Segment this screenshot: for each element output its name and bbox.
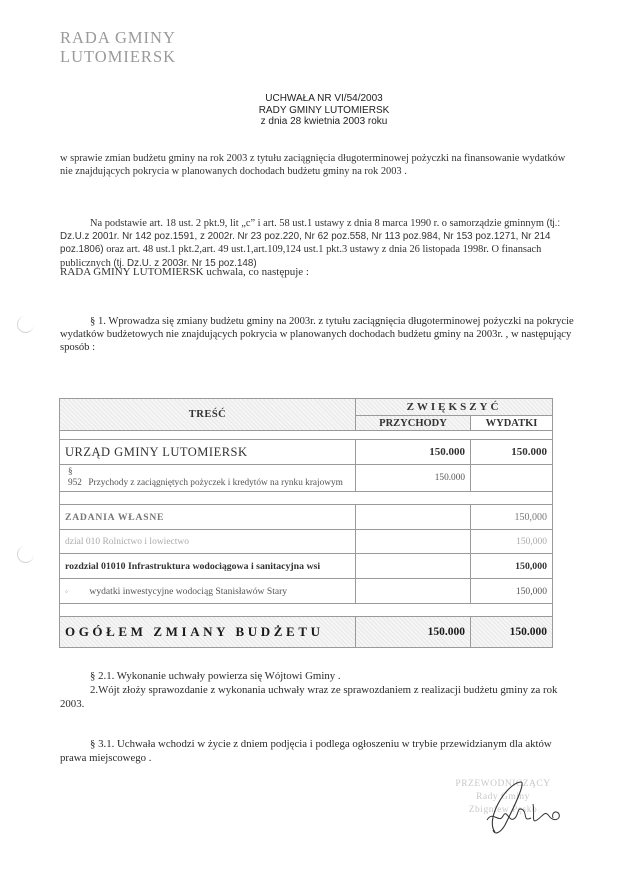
header-tresc: TREŚĆ — [60, 399, 356, 431]
table-row-par952: § 952 Przychody z zaciągniętych pożyczek… — [60, 465, 553, 492]
table-spacer-row — [60, 604, 553, 617]
cell-wydatki: 150,000 — [471, 505, 553, 530]
table-row-urzad: URZĄD GMINY LUTOMIERSK 150.000 150.000 — [60, 440, 553, 465]
cell-przychody — [356, 554, 471, 579]
section-number: § 952 — [68, 467, 86, 489]
table-row-wydatki-inwestycyjne: ◦ wydatki inwestycyjne wodociąg Stanisła… — [60, 579, 553, 604]
table-row-rozdzial: rozdzial 01010 Infrastruktura wodociągow… — [60, 554, 553, 579]
letterhead-line2: LUTOMIERSK — [60, 47, 176, 66]
section-2-point-1: § 2.1. Wykonanie uchwały powierza się Wó… — [60, 669, 580, 683]
cell-label: ZADANIA WŁASNE — [60, 505, 356, 530]
cell-label: rozdzial 01010 Infrastruktura wodociągow… — [60, 554, 356, 579]
cell-label: URZĄD GMINY LUTOMIERSK — [60, 440, 356, 465]
section-2-point-2-text: 2.Wójt złoży sprawozdanie z wykonania uc… — [60, 684, 557, 710]
cell-przychody — [356, 505, 471, 530]
section-2-point-2: 2.Wójt złoży sprawozdanie z wykonania uc… — [60, 683, 580, 711]
cell-przychody: 150.000 — [356, 440, 471, 465]
section-3-paragraph: § 3.1. Uchwała wchodzi w życie z dniem p… — [60, 737, 580, 765]
resolution-date: z dnia 28 kwietnia 2003 roku — [0, 116, 638, 128]
resolution-number: UCHWAŁA NR VI/54/2003 — [0, 93, 638, 105]
budget-changes-table: TREŚĆ ZWIĘKSZYĆ PRZYCHODY WYDATKI URZĄD … — [59, 398, 553, 648]
cell-label: ◦ wydatki inwestycyjne wodociąg Stanisła… — [60, 579, 356, 604]
subject-paragraph: w sprawie zmian budżetu gminy na rok 200… — [60, 152, 580, 178]
section-1-text: § 1. Wprowadza się zmiany budżetu gminy … — [60, 316, 574, 353]
cell-przychody — [356, 579, 471, 604]
resolution-title: UCHWAŁA NR VI/54/2003 RADY GMINY LUTOMIE… — [0, 93, 638, 128]
table-row-total: OGÓŁEM ZMIANY BUDŻETU 150.000 150.000 — [60, 617, 553, 648]
table-row-zadania-wlasne: ZADANIA WŁASNE 150,000 — [60, 505, 553, 530]
header-wydatki: WYDATKI — [471, 416, 553, 431]
cell-wydatki: 150,000 — [471, 554, 553, 579]
cell-label: OGÓŁEM ZMIANY BUDŻETU — [60, 617, 356, 648]
letterhead: RADA GMINY LUTOMIERSK — [60, 28, 176, 66]
header-przychody: PRZYCHODY — [356, 416, 471, 431]
cell-label: dzial 010 Rolnictwo i lowiectwo — [60, 530, 356, 554]
table-spacer-row — [60, 431, 553, 440]
section-3-text: § 3.1. Uchwała wchodzi w życie z dniem p… — [60, 738, 552, 764]
letterhead-line1: RADA GMINY — [60, 28, 176, 47]
signature-icon — [465, 780, 575, 840]
cell-przychody: 150.000 — [356, 465, 471, 492]
table-header-row: TREŚĆ ZWIĘKSZYĆ — [60, 399, 553, 416]
punch-hole-bottom — [17, 546, 34, 563]
section-2-point-1-text: § 2.1. Wykonanie uchwały powierza się Wó… — [90, 670, 341, 682]
cell-przychody: 150.000 — [356, 617, 471, 648]
table-spacer-row — [60, 492, 553, 505]
resolution-body: RADY GMINY LUTOMIERSK — [0, 105, 638, 117]
cell-przychody — [356, 530, 471, 554]
legal-basis-part1: Na podstawie art. 18 ust. 2 pkt.9, lit „… — [90, 218, 544, 229]
cell-label: § 952 Przychody z zaciągniętych pożyczek… — [60, 465, 356, 492]
table-row-dzial: dzial 010 Rolnictwo i lowiectwo 150,000 — [60, 530, 553, 554]
enacting-clause: RADA GMINY LUTOMIERSK uchwala, co następ… — [60, 266, 309, 278]
section-description: Przychody z zaciągniętych pożyczek i kre… — [88, 478, 343, 488]
punch-hole-top — [17, 316, 34, 333]
section-2-paragraph: § 2.1. Wykonanie uchwały powierza się Wó… — [60, 669, 580, 711]
cell-wydatki: 150,000 — [471, 530, 553, 554]
legal-basis-paragraph: Na podstawie art. 18 ust. 2 pkt.9, lit „… — [60, 217, 590, 270]
cell-wydatki — [471, 465, 553, 492]
header-zwiekszyc: ZWIĘKSZYĆ — [356, 399, 553, 416]
section-1-paragraph: § 1. Wprowadza się zmiany budżetu gminy … — [60, 315, 580, 355]
cell-wydatki: 150,000 — [471, 579, 553, 604]
cell-wydatki: 150.000 — [471, 617, 553, 648]
cell-wydatki: 150.000 — [471, 440, 553, 465]
bullet-icon: ◦ — [65, 587, 87, 596]
item-description: wydatki inwestycyjne wodociąg Stanisławó… — [89, 586, 287, 597]
